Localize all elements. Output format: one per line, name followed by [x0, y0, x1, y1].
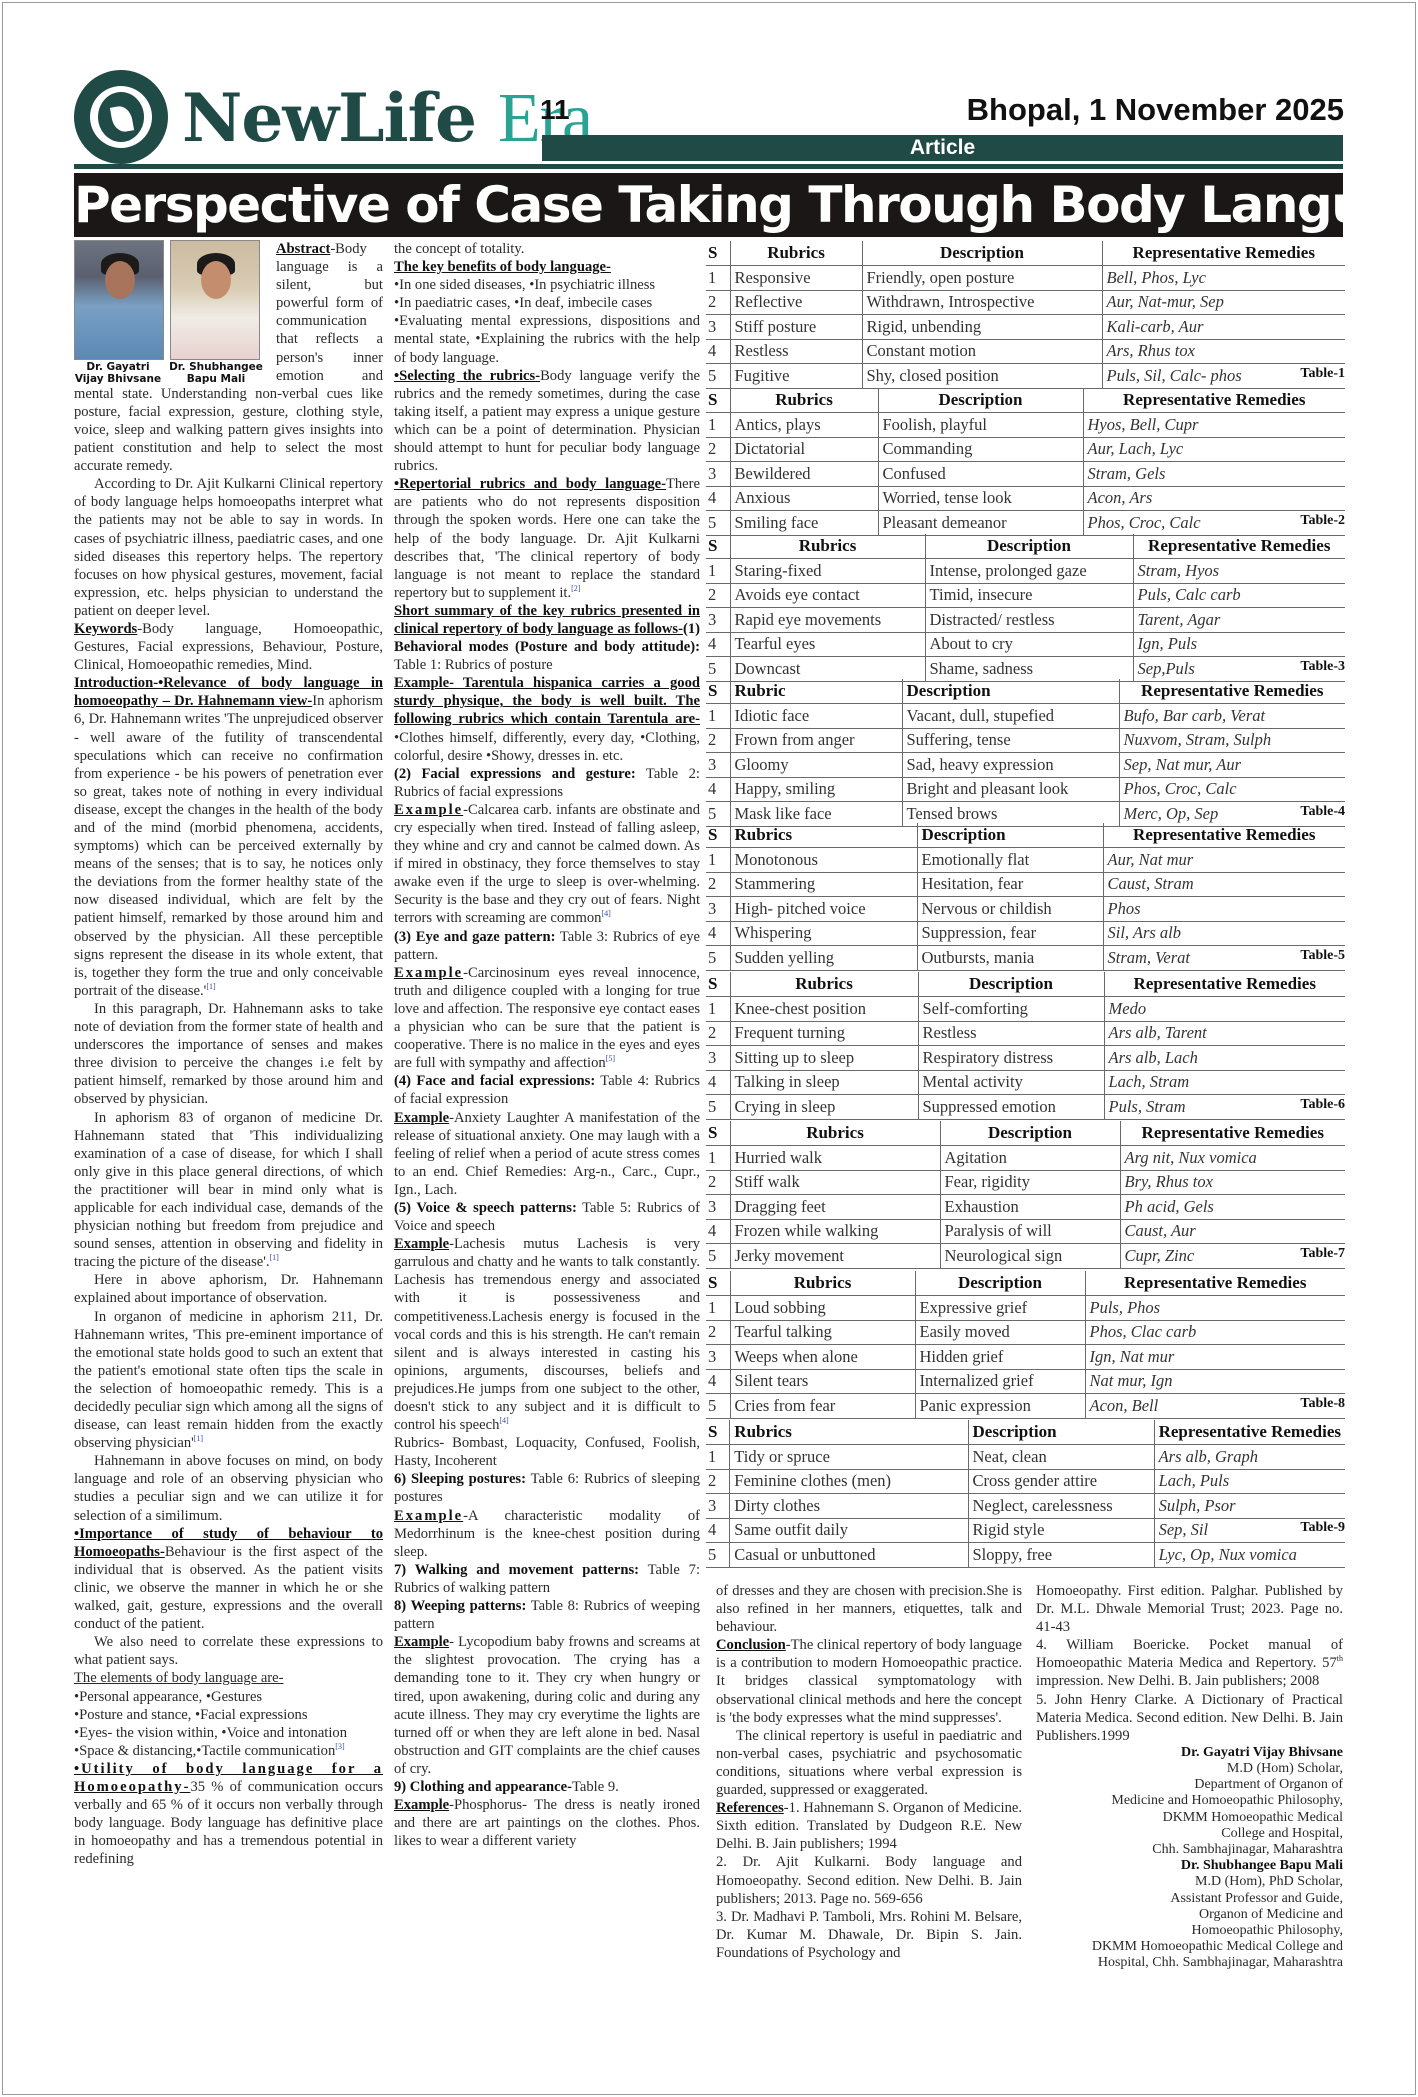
- serial-cell: 2: [706, 583, 730, 608]
- table-row: 5Smiling facePleasant demeanorPhos, Croc…: [706, 511, 1345, 536]
- column-header: Rubrics: [730, 823, 917, 848]
- rubric-cell: Gloomy: [730, 753, 902, 778]
- remedies-cell: Kali-carb, Aur: [1102, 315, 1345, 340]
- column-header: S: [706, 1121, 730, 1146]
- rubric-cell: Downcast: [730, 657, 925, 682]
- remedies-cell: Ars alb, Graph: [1154, 1445, 1345, 1470]
- remedies-cell: Bufo, Bar carb, Verat: [1119, 704, 1345, 729]
- column-4: Homoeopathy. First edition. Palghar. Pub…: [1036, 1582, 1343, 1972]
- rubric-table-1: SRubricsDescriptionRepresentative Remedi…: [706, 241, 1345, 389]
- serial-cell: 1: [706, 1296, 730, 1321]
- serial-cell: 1: [706, 997, 730, 1022]
- description-cell: Vacant, dull, stupefied: [902, 704, 1119, 729]
- column-header: Rubrics: [730, 972, 918, 997]
- citation-link[interactable]: [5]: [606, 1054, 615, 1063]
- description-cell: Distracted/ restless: [925, 608, 1133, 633]
- table-row: 4Same outfit dailyRigid styleSep, Sil: [706, 1518, 1345, 1543]
- table-label: Table-7: [1300, 1246, 1345, 1262]
- description-cell: Agitation: [940, 1146, 1120, 1171]
- table-label: Table-9: [1300, 1520, 1345, 1536]
- section-3: (3) Eye and gaze pattern: Table 3: Rubri…: [394, 928, 700, 964]
- rubric-cell: Responsive: [730, 266, 862, 291]
- author-1-signature: Dr. Gayatri Vijay Bhivsane M.D (Hom) Sch…: [1036, 1745, 1343, 1858]
- table-header-row: SRubricDescriptionRepresentative Remedie…: [706, 679, 1345, 704]
- element-item: •Personal appearance, •Gestures: [74, 1688, 383, 1706]
- table-row: 3Sitting up to sleepRespiratory distress…: [706, 1046, 1345, 1071]
- column-header: Representative Remedies: [1133, 534, 1345, 559]
- description-cell: Cross gender attire: [968, 1469, 1154, 1494]
- remedies-cell: Ars, Rhus tox: [1102, 339, 1345, 364]
- table-row: 3GloomySad, heavy expressionSep, Nat mur…: [706, 753, 1345, 778]
- example-tarentula: Example- Tarentula hispanica carries a g…: [394, 674, 700, 764]
- table-row: 1MonotonousEmotionally flatAur, Nat mur: [706, 848, 1345, 873]
- column-header: Description: [968, 1420, 1154, 1445]
- rubric-cell: Talking in sleep: [730, 1070, 918, 1095]
- table-row: 2Tearful talkingEasily movedPhos, Clac c…: [706, 1320, 1345, 1345]
- photo-caption-1: Dr. GayatriVijay Bhivsane: [68, 361, 168, 385]
- description-cell: Respiratory distress: [918, 1046, 1104, 1071]
- column-1: Dr. GayatriVijay Bhivsane Dr. Shubhangee…: [74, 240, 383, 1868]
- table-label: Table-5: [1300, 948, 1345, 964]
- rubric-cell: Knee-chest position: [730, 997, 918, 1022]
- table-row: 1Staring-fixedIntense, prolonged gazeStr…: [706, 559, 1345, 584]
- description-cell: Worried, tense look: [878, 486, 1083, 511]
- description-cell: Self-comforting: [918, 997, 1104, 1022]
- column-header: Description: [902, 679, 1119, 704]
- rubric-cell: Stiff posture: [730, 315, 862, 340]
- brand-part1: NewLife: [182, 79, 476, 157]
- example-calcarea: Example-Calcarea carb. infants are obsti…: [394, 801, 700, 928]
- remedies-cell: Puls, Phos: [1085, 1296, 1345, 1321]
- serial-cell: 2: [706, 1469, 730, 1494]
- photo-caption-2: Dr. ShubhangeeBapu Mali: [166, 361, 266, 385]
- benefit-item: •In paediatric cases, •In deaf, imbecile…: [394, 294, 700, 312]
- remedies-cell: Caust, Stram: [1103, 872, 1345, 897]
- element-item: •Posture and stance, •Facial expressions: [74, 1706, 383, 1724]
- table-header-row: SRubricsDescriptionRepresentative Remedi…: [706, 534, 1345, 559]
- selecting-rubrics: •Selecting the rubrics-Body language ver…: [394, 367, 700, 476]
- table-label: Table-4: [1300, 804, 1345, 820]
- description-cell: Restless: [918, 1021, 1104, 1046]
- author-2-signature: Dr. Shubhangee Bapu Mali M.D (Hom), PhD …: [1036, 1858, 1343, 1971]
- column-header: S: [706, 679, 730, 704]
- column-header: Rubrics: [730, 1271, 915, 1296]
- table-row: 1Loud sobbingExpressive griefPuls, Phos: [706, 1296, 1345, 1321]
- description-cell: Easily moved: [915, 1320, 1085, 1345]
- description-cell: Neglect, carelessness: [968, 1494, 1154, 1519]
- column-header: Representative Remedies: [1085, 1271, 1345, 1296]
- serial-cell: 3: [706, 462, 730, 487]
- remedies-cell: Stram, Gels: [1083, 462, 1345, 487]
- serial-cell: 5: [706, 1095, 730, 1120]
- description-cell: Constant motion: [862, 339, 1102, 364]
- description-cell: Panic expression: [915, 1394, 1085, 1419]
- table-label: Table-6: [1300, 1097, 1345, 1113]
- description-cell: Expressive grief: [915, 1296, 1085, 1321]
- rubric-cell: Sitting up to sleep: [730, 1046, 918, 1071]
- utility-section: •Utility of body language for a Homoeopa…: [74, 1760, 383, 1869]
- citation-link[interactable]: [4]: [499, 1416, 508, 1425]
- table-row: 2Frown from angerSuffering, tenseNuxvom,…: [706, 728, 1345, 753]
- remedies-cell: Sil, Ars alb: [1103, 921, 1345, 946]
- serial-cell: 3: [706, 1195, 730, 1220]
- remedies-cell: Phos, Croc, Calc: [1119, 777, 1345, 802]
- remedies-cell: Tarent, Agar: [1133, 608, 1345, 633]
- remedies-cell: Caust, Aur: [1120, 1219, 1345, 1244]
- description-cell: Nervous or childish: [917, 897, 1103, 922]
- elements-heading: The elements of body language are-: [74, 1669, 383, 1687]
- rubric-table-4: SRubricDescriptionRepresentative Remedie…: [706, 679, 1345, 827]
- serial-cell: 5: [706, 657, 730, 682]
- author-photo-2: [170, 240, 260, 360]
- table-row: 4AnxiousWorried, tense lookAcon, Ars: [706, 486, 1345, 511]
- table-header-row: SRubricsDescriptionRepresentative Remedi…: [706, 241, 1345, 266]
- table-row: 2Frequent turningRestlessArs alb, Tarent: [706, 1021, 1345, 1046]
- rubric-cell: Tearful talking: [730, 1320, 915, 1345]
- column-header: Representative Remedies: [1083, 388, 1345, 413]
- rubric-cell: Fugitive: [730, 364, 862, 389]
- rubric-cell: Antics, plays: [730, 413, 878, 438]
- remedies-cell: Aur, Nat-mur, Sep: [1102, 290, 1345, 315]
- serial-cell: 3: [706, 753, 730, 778]
- rubric-cell: Reflective: [730, 290, 862, 315]
- remedies-cell: Phos: [1103, 897, 1345, 922]
- column-header: Rubrics: [730, 534, 925, 559]
- table-row: 1Knee-chest positionSelf-comfortingMedo: [706, 997, 1345, 1022]
- example-lycopodium: Example- Lycopodium baby frowns and scre…: [394, 1633, 700, 1778]
- column-header: Description: [918, 972, 1104, 997]
- rubric-cell: Same outfit daily: [730, 1518, 968, 1543]
- description-cell: Neurological sign: [940, 1244, 1120, 1269]
- rubric-cell: Stiff walk: [730, 1170, 940, 1195]
- table-row: 5Crying in sleepSuppressed emotionPuls, …: [706, 1095, 1345, 1120]
- description-cell: Suppressed emotion: [918, 1095, 1104, 1120]
- description-cell: Mental activity: [918, 1070, 1104, 1095]
- table-row: 2Avoids eye contactTimid, insecurePuls, …: [706, 583, 1345, 608]
- paragraph-totality: the concept of totality.: [394, 240, 700, 258]
- serial-cell: 4: [706, 1369, 730, 1394]
- serial-cell: 2: [706, 728, 730, 753]
- page-number: 11: [540, 94, 570, 126]
- rubric-cell: Tearful eyes: [730, 632, 925, 657]
- reference-2: 2. Dr. Ajit Kulkarni. Body language and …: [716, 1853, 1022, 1907]
- description-cell: Timid, insecure: [925, 583, 1133, 608]
- serial-cell: 5: [706, 946, 730, 971]
- remedies-cell: Sep, Nat mur, Aur: [1119, 753, 1345, 778]
- column-header: Description: [878, 388, 1083, 413]
- rubric-cell: Bewildered: [730, 462, 878, 487]
- column-header: Representative Remedies: [1120, 1121, 1345, 1146]
- column-header: Rubric: [730, 679, 902, 704]
- paragraph-continued: of dresses and they are chosen with prec…: [716, 1582, 1022, 1636]
- remedies-cell: Ars alb, Lach: [1104, 1046, 1345, 1071]
- benefit-item: •In one sided diseases, •In psychiatric …: [394, 276, 700, 294]
- table-header-row: SRubricsDescriptionRepresentative Remedi…: [706, 1271, 1345, 1296]
- serial-cell: 5: [706, 511, 730, 536]
- paragraph-correlate: We also need to correlate these expressi…: [74, 1633, 383, 1669]
- description-cell: Withdrawn, Introspective: [862, 290, 1102, 315]
- table-row: 3BewilderedConfusedStram, Gels: [706, 462, 1345, 487]
- rubric-cell: Crying in sleep: [730, 1095, 918, 1120]
- example-lachesis: Example-Lachesis mutus Lachesis is very …: [394, 1235, 700, 1434]
- reference-1: References-1. Hahnemann S. Organon of Me…: [716, 1799, 1022, 1853]
- rubric-cell: Sudden yelling: [730, 946, 917, 971]
- benefits-heading: The key benefits of body language-: [394, 258, 700, 276]
- serial-cell: 5: [706, 1543, 730, 1568]
- description-cell: Rigid style: [968, 1518, 1154, 1543]
- serial-cell: 3: [706, 897, 730, 922]
- remedies-cell: Aur, Nat mur: [1103, 848, 1345, 873]
- remedies-cell: Ph acid, Gels: [1120, 1195, 1345, 1220]
- remedies-cell: Nuxvom, Stram, Sulph: [1119, 728, 1345, 753]
- citation-link[interactable]: [1]: [270, 1253, 279, 1262]
- serial-cell: 2: [706, 1320, 730, 1345]
- remedies-cell: Ign, Puls: [1133, 632, 1345, 657]
- table-header-row: SRubricsDescriptionRepresentative Remedi…: [706, 823, 1345, 848]
- citation-link[interactable]: [2]: [571, 584, 580, 593]
- rubric-cell: Stammering: [730, 872, 917, 897]
- remedies-cell: Lach, Puls: [1154, 1469, 1345, 1494]
- citation-link[interactable]: [1]: [194, 1434, 203, 1443]
- description-cell: Fear, rigidity: [940, 1170, 1120, 1195]
- citation-link[interactable]: [1]: [206, 982, 215, 991]
- column-header: Rubrics: [730, 241, 862, 266]
- table-row: 3Dragging feetExhaustionPh acid, Gels: [706, 1195, 1345, 1220]
- table-label: Table-8: [1300, 1396, 1345, 1412]
- citation-link[interactable]: [4]: [601, 910, 610, 919]
- serial-cell: 5: [706, 1244, 730, 1269]
- paragraph-deviation: In this paragraph, Dr. Hahnemann asks to…: [74, 1000, 383, 1109]
- rubric-cell: Frown from anger: [730, 728, 902, 753]
- rubric-cell: Whispering: [730, 921, 917, 946]
- example-carcinosinum: Example-Carcinosinum eyes reveal innocen…: [394, 964, 700, 1073]
- table-row: 5Casual or unbuttonedSloppy, freeLyc, Op…: [706, 1543, 1345, 1568]
- remedies-cell: Medo: [1104, 997, 1345, 1022]
- column-header: Rubrics: [730, 1420, 968, 1445]
- rubric-cell: Anxious: [730, 486, 878, 511]
- serial-cell: 3: [706, 1345, 730, 1370]
- description-cell: Foolish, playful: [878, 413, 1083, 438]
- column-header: S: [706, 1420, 730, 1445]
- section-label: Article: [542, 135, 1343, 161]
- table-label: Table-3: [1300, 659, 1345, 675]
- citation-link[interactable]: [3]: [335, 1742, 344, 1751]
- description-cell: Bright and pleasant look: [902, 777, 1119, 802]
- remedies-cell: Stram, Hyos: [1133, 559, 1345, 584]
- table-row: 1Hurried walkAgitationArg nit, Nux vomic…: [706, 1146, 1345, 1171]
- table-row: 2Stiff walkFear, rigidityBry, Rhus tox: [706, 1170, 1345, 1195]
- table-row: 1Antics, playsFoolish, playfulHyos, Bell…: [706, 413, 1345, 438]
- rubric-table-6: SRubricsDescriptionRepresentative Remedi…: [706, 972, 1345, 1120]
- section-6: 6) Sleeping postures: Table 6: Rubrics o…: [394, 1470, 700, 1506]
- description-cell: Paralysis of will: [940, 1219, 1120, 1244]
- serial-cell: 4: [706, 339, 730, 364]
- description-cell: Suppression, fear: [917, 921, 1103, 946]
- serial-cell: 1: [706, 559, 730, 584]
- table-row: 2StammeringHesitation, fearCaust, Stram: [706, 872, 1345, 897]
- rubric-cell: Dragging feet: [730, 1195, 940, 1220]
- description-cell: Shame, sadness: [925, 657, 1133, 682]
- column-header: Rubrics: [730, 388, 878, 413]
- newspaper-logo-icon: [74, 70, 168, 164]
- description-cell: Hesitation, fear: [917, 872, 1103, 897]
- description-cell: Neat, clean: [968, 1445, 1154, 1470]
- rubric-table-2: SRubricsDescriptionRepresentative Remedi…: [706, 388, 1345, 536]
- serial-cell: 1: [706, 1445, 730, 1470]
- table-row: 4Talking in sleepMental activityLach, St…: [706, 1070, 1345, 1095]
- serial-cell: 3: [706, 1494, 730, 1519]
- benefit-item: •Evaluating mental expressions, disposit…: [394, 312, 700, 366]
- column-2: the concept of totality. The key benefit…: [394, 240, 700, 1850]
- rubric-cell: Casual or unbuttoned: [730, 1543, 968, 1568]
- author-photo-1: [74, 240, 164, 360]
- rubric-cell: Tidy or spruce: [730, 1445, 968, 1470]
- rubric-cell: Happy, smiling: [730, 777, 902, 802]
- column-header: Rubrics: [730, 1121, 940, 1146]
- table-label: Table-2: [1300, 513, 1345, 529]
- table-row: 1Tidy or spruceNeat, cleanArs alb, Graph: [706, 1445, 1345, 1470]
- paragraph-here: Here in above aphorism, Dr. Hahnemann ex…: [74, 1271, 383, 1307]
- remedies-cell: Bry, Rhus tox: [1120, 1170, 1345, 1195]
- section-8: 8) Weeping patterns: Table 8: Rubrics of…: [394, 1597, 700, 1633]
- section-7: 7) Walking and movement patterns: Table …: [394, 1561, 700, 1597]
- rubric-cell: Weeps when alone: [730, 1345, 915, 1370]
- column-header: S: [706, 972, 730, 997]
- table-row: 2DictatorialCommandingAur, Lach, Lyc: [706, 437, 1345, 462]
- description-cell: Outbursts, mania: [917, 946, 1103, 971]
- serial-cell: 3: [706, 1046, 730, 1071]
- description-cell: Pleasant demeanor: [878, 511, 1083, 536]
- table-row: 4Silent tearsInternalized griefNat mur, …: [706, 1369, 1345, 1394]
- rubric-cell: Rapid eye movements: [730, 608, 925, 633]
- description-cell: Friendly, open posture: [862, 266, 1102, 291]
- serial-cell: 1: [706, 413, 730, 438]
- table-row: 3Rapid eye movementsDistracted/ restless…: [706, 608, 1345, 633]
- description-cell: Rigid, unbending: [862, 315, 1102, 340]
- column-header: Representative Remedies: [1154, 1420, 1345, 1445]
- table-row: 5Cries from fearPanic expressionAcon, Be…: [706, 1394, 1345, 1419]
- column-header: Description: [940, 1121, 1120, 1146]
- rubric-cell: Monotonous: [730, 848, 917, 873]
- table-row: 4Tearful eyesAbout to cryIgn, Puls: [706, 632, 1345, 657]
- section-9: 9) Clothing and appearance-Table 9.: [394, 1778, 700, 1796]
- keywords: Keywords-Body language, Homoeopathic, Ge…: [74, 620, 383, 674]
- conclusion: Conclusion-The clinical repertory of bod…: [716, 1636, 1022, 1726]
- description-cell: Intense, prolonged gaze: [925, 559, 1133, 584]
- description-cell: Sad, heavy expression: [902, 753, 1119, 778]
- description-cell: Suffering, tense: [902, 728, 1119, 753]
- dateline: Bhopal, 1 November 2025: [967, 92, 1344, 128]
- column-header: Representative Remedies: [1103, 823, 1345, 848]
- remedies-cell: Hyos, Bell, Cupr: [1083, 413, 1345, 438]
- remedies-cell: Sulph, Psor: [1154, 1494, 1345, 1519]
- rubric-cell: Idiotic face: [730, 704, 902, 729]
- table-header-row: SRubricsDescriptionRepresentative Remedi…: [706, 1121, 1345, 1146]
- column-header: S: [706, 823, 730, 848]
- reference-3: 3. Dr. Madhavi P. Tamboli, Mrs. Rohini M…: [716, 1908, 1022, 1962]
- description-cell: Commanding: [878, 437, 1083, 462]
- rubric-cell: Staring-fixed: [730, 559, 925, 584]
- serial-cell: 4: [706, 486, 730, 511]
- serial-cell: 2: [706, 290, 730, 315]
- table-row: 4Frozen while walkingParalysis of willCa…: [706, 1219, 1345, 1244]
- paragraph-aphorism-83: In aphorism 83 of organon of medicine Dr…: [74, 1109, 383, 1272]
- reference-3-cont: Homoeopathy. First edition. Palghar. Pub…: [1036, 1582, 1343, 1636]
- rubric-cell: Smiling face: [730, 511, 878, 536]
- table-header-row: SRubricsDescriptionRepresentative Remedi…: [706, 388, 1345, 413]
- column-header: Representative Remedies: [1104, 972, 1345, 997]
- summary-section-1: Short summary of the key rubrics present…: [394, 602, 700, 674]
- rubric-cell: Dictatorial: [730, 437, 878, 462]
- remedies-cell: Nat mur, Ign: [1085, 1369, 1345, 1394]
- rubric-cell: Loud sobbing: [730, 1296, 915, 1321]
- table-row: 2ReflectiveWithdrawn, IntrospectiveAur, …: [706, 290, 1345, 315]
- serial-cell: 4: [706, 921, 730, 946]
- serial-cell: 1: [706, 1146, 730, 1171]
- serial-cell: 3: [706, 315, 730, 340]
- serial-cell: 1: [706, 266, 730, 291]
- paragraph-focuses: Hahnemann in above focuses on mind, on b…: [74, 1452, 383, 1524]
- remedies-cell: Phos, Clac carb: [1085, 1320, 1345, 1345]
- remedies-cell: Aur, Lach, Lyc: [1083, 437, 1345, 462]
- serial-cell: 4: [706, 1070, 730, 1095]
- paragraph-aphorism-211: In organon of medicine in aphorism 211, …: [74, 1308, 383, 1453]
- description-cell: Emotionally flat: [917, 848, 1103, 873]
- introduction: Introduction-•Relevance of body language…: [74, 674, 383, 1000]
- table-label: Table-1: [1300, 366, 1345, 382]
- remedies-cell: Bell, Phos, Lyc: [1102, 266, 1345, 291]
- table-row: 5Sudden yellingOutbursts, maniaStram, Ve…: [706, 946, 1345, 971]
- table-row: 5FugitiveShy, closed positionPuls, Sil, …: [706, 364, 1345, 389]
- serial-cell: 4: [706, 1518, 730, 1543]
- description-cell: Shy, closed position: [862, 364, 1102, 389]
- newspaper-brand: NewLife Era: [182, 78, 592, 159]
- remedies-cell: Acon, Ars: [1083, 486, 1345, 511]
- example-medorrhinum: Example-A characteristic modality of Med…: [394, 1507, 700, 1561]
- masthead-rule: [74, 164, 1343, 169]
- serial-cell: 4: [706, 1219, 730, 1244]
- rubric-table-9: SRubricsDescriptionRepresentative Remedi…: [706, 1420, 1345, 1568]
- description-cell: Exhaustion: [940, 1195, 1120, 1220]
- remedies-cell: Lyc, Op, Nux vomica: [1154, 1543, 1345, 1568]
- rubric-cell: Frequent turning: [730, 1021, 918, 1046]
- rubric-cell: Feminine clothes (men): [730, 1469, 968, 1494]
- rubric-cell: High- pitched voice: [730, 897, 917, 922]
- serial-cell: 2: [706, 437, 730, 462]
- reference-5: 5. John Henry Clarke. A Dictionary of Pr…: [1036, 1691, 1343, 1745]
- paragraph-kulkarni: According to Dr. Ajit Kulkarni Clinical …: [74, 475, 383, 620]
- section-2: (2) Facial expressions and gesture: Tabl…: [394, 765, 700, 801]
- table-row: 2Feminine clothes (men)Cross gender atti…: [706, 1469, 1345, 1494]
- section-4: (4) Face and facial expressions: Table 4…: [394, 1072, 700, 1108]
- description-cell: Confused: [878, 462, 1083, 487]
- remedies-cell: Puls, Calc carb: [1133, 583, 1345, 608]
- remedies-cell: Arg nit, Nux vomica: [1120, 1146, 1345, 1171]
- serial-cell: 2: [706, 1021, 730, 1046]
- reference-4: 4. William Boericke. Pocket manual of Ho…: [1036, 1636, 1343, 1690]
- serial-cell: 1: [706, 704, 730, 729]
- table-header-row: SRubricsDescriptionRepresentative Remedi…: [706, 972, 1345, 997]
- rubric-cell: Cries from fear: [730, 1394, 915, 1419]
- section-5-rubrics: Rubrics- Bombast, Loquacity, Confused, F…: [394, 1434, 700, 1470]
- serial-cell: 4: [706, 632, 730, 657]
- rubric-cell: Restless: [730, 339, 862, 364]
- rubric-table-3: SRubricsDescriptionRepresentative Remedi…: [706, 534, 1345, 682]
- column-header: Description: [917, 823, 1103, 848]
- element-item: •Space & distancing,•Tactile communicati…: [74, 1742, 383, 1760]
- rubric-table-7: SRubricsDescriptionRepresentative Remedi…: [706, 1121, 1345, 1269]
- table-row: 3Dirty clothesNeglect, carelessnessSulph…: [706, 1494, 1345, 1519]
